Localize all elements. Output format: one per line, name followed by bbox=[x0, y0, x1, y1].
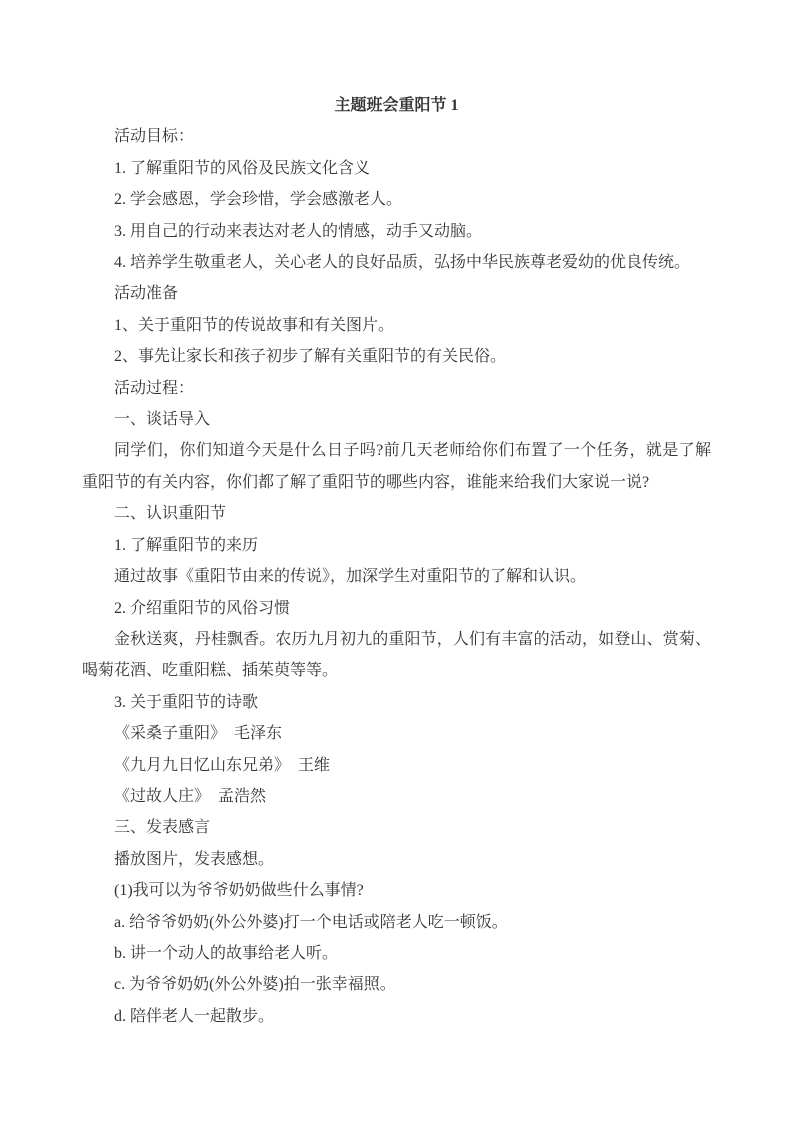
paragraph-question-1: (1)我可以为爷爷奶奶做些什么事情? bbox=[82, 875, 711, 906]
paragraph-option-d: d. 陪伴老人一起散步。 bbox=[82, 1001, 711, 1032]
paragraph-goal-3: 3. 用自己的行动来表达对老人的情感，动手又动脑。 bbox=[82, 216, 711, 247]
paragraph-preparation-2: 2、事先让家长和孩子初步了解有关重阳节的有关民俗。 bbox=[82, 341, 711, 372]
document-page: 主题班会重阳节 1 活动目标： 1. 了解重阳节的风俗及民族文化含义 2. 学会… bbox=[0, 0, 793, 1122]
paragraph-origin-heading: 1. 了解重阳节的来历 bbox=[82, 530, 711, 561]
paragraph-poem-3: 《过故人庄》 孟浩然 bbox=[82, 781, 711, 812]
paragraph-goal-4: 4. 培养学生敬重老人，关心老人的良好品质，弘扬中华民族尊老爱幼的优良传统。 bbox=[82, 247, 711, 278]
paragraph-goal-2: 2. 学会感恩，学会珍惜，学会感激老人。 bbox=[82, 184, 711, 215]
paragraph-section-3-heading: 三、发表感言 bbox=[82, 812, 711, 843]
paragraph-option-c: c. 为爷爷奶奶(外公外婆)拍一张幸福照。 bbox=[82, 969, 711, 1000]
paragraph-origin-body: 通过故事《重阳节由来的传说》，加深学生对重阳节的了解和认识。 bbox=[82, 561, 711, 592]
paragraph-section-1-body: 同学们，你们知道今天是什么日子吗?前几天老师给你们布置了一个任务，就是了解重阳节… bbox=[82, 435, 711, 498]
paragraph-customs-body: 金秋送爽，丹桂飘香。农历九月初九的重阳节，人们有丰富的活动，如登山、赏菊、喝菊花… bbox=[82, 624, 711, 687]
paragraph-section-3-body: 播放图片，发表感想。 bbox=[82, 844, 711, 875]
paragraph-goal-1: 1. 了解重阳节的风俗及民族文化含义 bbox=[82, 153, 711, 184]
paragraph-section-2-heading: 二、认识重阳节 bbox=[82, 498, 711, 529]
paragraph-activity-goals-heading: 活动目标： bbox=[82, 121, 711, 152]
paragraph-section-1-heading: 一、谈话导入 bbox=[82, 404, 711, 435]
paragraph-option-a: a. 给爷爷奶奶(外公外婆)打一个电话或陪老人吃一顿饭。 bbox=[82, 907, 711, 938]
paragraph-option-b: b. 讲一个动人的故事给老人听。 bbox=[82, 938, 711, 969]
paragraph-preparation-heading: 活动准备 bbox=[82, 278, 711, 309]
paragraph-poems-heading: 3. 关于重阳节的诗歌 bbox=[82, 687, 711, 718]
paragraph-preparation-1: 1、关于重阳节的传说故事和有关图片。 bbox=[82, 310, 711, 341]
paragraph-poem-2: 《九月九日忆山东兄弟》 王维 bbox=[82, 750, 711, 781]
paragraph-customs-heading: 2. 介绍重阳节的风俗习惯 bbox=[82, 593, 711, 624]
paragraph-poem-1: 《采桑子重阳》 毛泽东 bbox=[82, 718, 711, 749]
document-title: 主题班会重阳节 1 bbox=[82, 90, 711, 121]
paragraph-process-heading: 活动过程： bbox=[82, 373, 711, 404]
